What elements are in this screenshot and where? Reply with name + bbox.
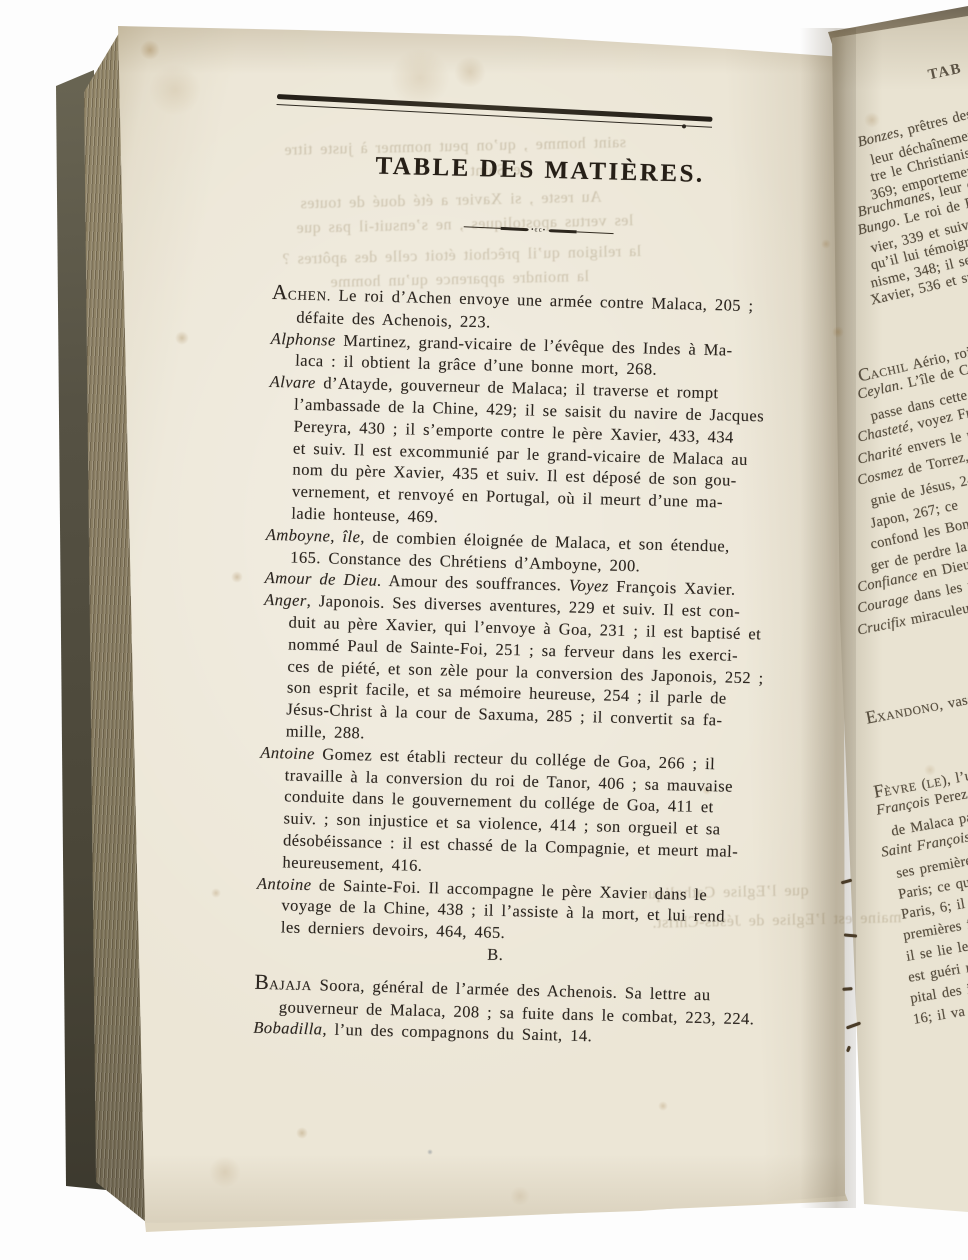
ornament-taper-right <box>548 229 576 234</box>
left-page-content: TABLE DES MATIÈRES. •ͼϲ• Achen. Le roi d… <box>253 94 807 1057</box>
ornament-fleuron-icon: •ͼϲ• <box>529 226 548 234</box>
ornament-line-right <box>576 231 613 234</box>
index-entry: Anger, Japonois. Ses diverses aventures,… <box>261 589 795 755</box>
index-entry: Alvare d’Atayde, gouverneur de Malaca; i… <box>266 371 800 537</box>
binding-thread <box>846 1046 851 1053</box>
binding-thread <box>844 933 857 937</box>
page-title: TABLE DES MATIÈRES. <box>275 150 806 191</box>
book-photo: saint homme , qu’on peut nommer à juste … <box>0 0 968 1260</box>
title-ornament: •ͼϲ• <box>274 220 804 240</box>
binding-thread <box>842 987 852 991</box>
index-entry: Antoine Gomez est établi recteur du coll… <box>257 742 790 886</box>
index-entry: Antoine de Sainte-Foi. Il accompagne le … <box>256 872 787 951</box>
ornament-line-left <box>464 226 501 229</box>
head-rule-dot <box>682 124 686 128</box>
index-entries: Achen. Le roi d’Achen envoye une armée c… <box>253 282 802 1052</box>
ornament-taper-left <box>501 227 529 232</box>
